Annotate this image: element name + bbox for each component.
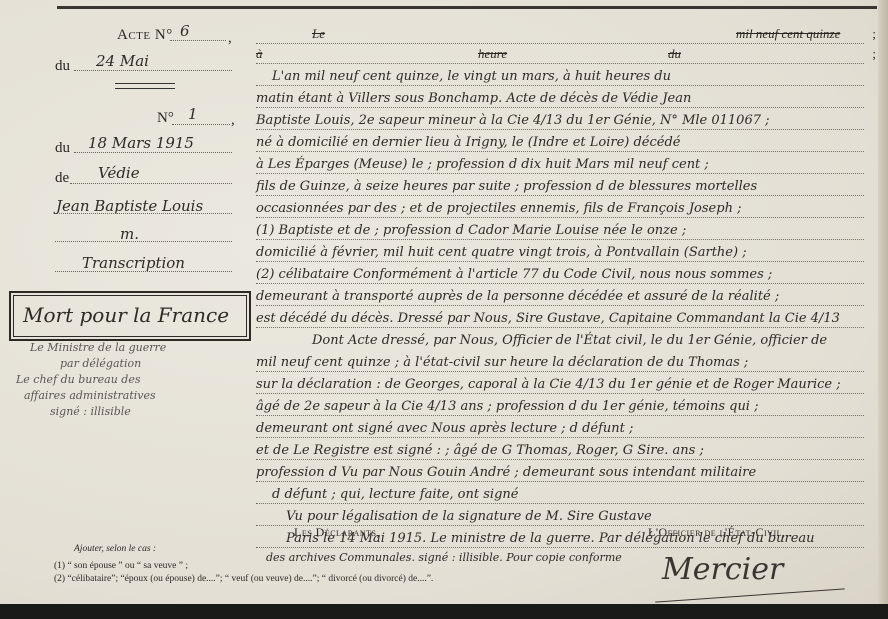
record-line: profession d Vu par Nous Gouin André ; d…	[256, 462, 876, 482]
record-line: mil neuf cent quinze ; à l'état-civil su…	[256, 352, 876, 372]
record-line-text: et de Le Registre est signé : ; âgé de G…	[256, 443, 704, 458]
declarants-label: Les Déclarants,	[294, 525, 380, 540]
struck-year: mil neuf cent quinze	[736, 26, 840, 42]
record-line: occasionnées par des ; et de projectiles…	[256, 198, 876, 218]
de-label: de	[55, 170, 69, 187]
record-line: Dont Acte dressé, par Nous, Officier de …	[256, 330, 876, 350]
record-line: demeurant ont signé avec Nous après lect…	[256, 418, 876, 438]
struck-a: à	[256, 46, 263, 62]
footnote-1: (1) “ son épouse ” ou “ sa veuve ” ;	[54, 560, 254, 573]
record-line-text: âgé de 2e sapeur à la Cie 4/13 ans ; pro…	[256, 399, 758, 414]
struck-le: Le	[312, 26, 325, 42]
record-line-text: profession d Vu par Nous Gouin André ; d…	[256, 465, 756, 480]
margin-note: Le Ministre de la guerre par délégation …	[16, 340, 246, 420]
record-line-text: domicilié à février, mil huit cent quatr…	[256, 245, 747, 260]
record-line-text: (1) Baptiste et de ; profession d Cador …	[256, 223, 686, 238]
top-rule	[57, 6, 877, 9]
transcription-date: 18 Mars 1915	[88, 134, 194, 152]
record-line: Vu pour légalisation de la signature de …	[256, 506, 876, 526]
record-line: (1) Baptiste et de ; profession d Cador …	[256, 220, 876, 240]
record-line: et de Le Registre est signé : ; âgé de G…	[256, 440, 876, 460]
header-line-1: Le mil neuf cent quinze ;	[256, 24, 876, 44]
comma: ,	[228, 30, 232, 47]
margin-note-line: Le chef du bureau des	[16, 372, 246, 388]
mention-box: Mort pour la France	[9, 291, 251, 341]
footnotes-title: Ajouter, selon le cas :	[74, 543, 254, 556]
footnotes: Ajouter, selon le cas : (1) “ son épouse…	[54, 543, 254, 586]
record-line-text: L'an mil neuf cent quinze, le vingt un m…	[272, 69, 671, 84]
record-line: est décédé du décès. Dressé par Nous, Si…	[256, 308, 876, 328]
record-line-text: Vu pour légalisation de la signature de …	[286, 509, 652, 524]
record-line-text: mil neuf cent quinze ; à l'état-civil su…	[256, 355, 748, 370]
record-line-text: fils de Guinze, à seize heures par suite…	[256, 179, 757, 194]
acte-number: 6	[180, 22, 190, 40]
record-line: né à domicilié en dernier lieu à Irigny,…	[256, 132, 876, 152]
margin-note-line: affaires administratives	[24, 388, 246, 404]
record-line: (2) célibataire Conformément à l'article…	[256, 264, 876, 284]
record-line: demeurant à transporté auprès de la pers…	[256, 286, 876, 306]
surname: Védie	[98, 164, 140, 182]
record-line-text: (2) célibataire Conformément à l'article…	[256, 267, 772, 282]
record-line: sur la déclaration : de Georges, caporal…	[256, 374, 876, 394]
officer-label: L'Officier de l'État-Civil,	[648, 525, 786, 540]
record-line: à Les Éparges (Meuse) le ; profession d …	[256, 154, 876, 174]
record-line-text: sur la déclaration : de Georges, caporal…	[256, 377, 841, 392]
transcription-number: 1	[188, 105, 198, 123]
record-type: Transcription	[82, 254, 185, 272]
du-label: du	[55, 58, 70, 75]
double-rule	[115, 83, 175, 89]
record-line-text: Dont Acte dressé, par Nous, Officier de …	[312, 333, 827, 348]
record-line: d défunt ; qui, lecture faite, ont signé	[256, 484, 876, 504]
record-line-text: des archives Communales. signé : illisib…	[266, 551, 622, 564]
footnote-2: (2) “célibataire”; “époux (ou épouse) de…	[54, 573, 254, 586]
record-line-text: occasionnées par des ; et de projectiles…	[256, 201, 741, 216]
page-edge	[878, 0, 888, 604]
comma: ,	[231, 112, 235, 129]
record-line-text: demeurant à transporté auprès de la pers…	[256, 289, 779, 304]
signature-flourish	[655, 588, 845, 602]
struck-du: du	[668, 46, 681, 62]
record-line-text: demeurant ont signé avec Nous après lect…	[256, 421, 633, 436]
struck-heure: heure	[478, 46, 507, 62]
officer-signature: Mercier	[662, 552, 783, 587]
du-label-2: du	[55, 140, 70, 157]
civil-record-page: Acte N° 6 , du 24 Mai N° 1 , du 18 Mars …	[0, 0, 888, 604]
record-line: domicilié à février, mil huit cent quatr…	[256, 242, 876, 262]
margin-note-line: par délégation	[60, 356, 246, 372]
mort-pour-la-france: Mort pour la France	[23, 303, 229, 327]
acte-label: Acte N°	[117, 27, 173, 44]
acte-date: 24 Mai	[96, 52, 149, 70]
record-line-text: d défunt ; qui, lecture faite, ont signé	[272, 487, 518, 502]
record-line-text: né à domicilié en dernier lieu à Irigny,…	[256, 135, 680, 150]
record-line-text: Baptiste Louis, 2e sapeur mineur à la Ci…	[256, 113, 770, 128]
margin-note-line: signé : illisible	[50, 404, 246, 420]
record-line: fils de Guinze, à seize heures par suite…	[256, 176, 876, 196]
record-line: Baptiste Louis, 2e sapeur mineur à la Ci…	[256, 110, 876, 130]
header-line-2: à heure du ;	[256, 44, 876, 64]
margin-note-line: Le Ministre de la guerre	[30, 340, 246, 356]
record-line: matin étant à Villers sous Bonchamp. Act…	[256, 88, 876, 108]
record-line: âgé de 2e sapeur à la Cie 4/13 ans ; pro…	[256, 396, 876, 416]
record-line: L'an mil neuf cent quinze, le vingt un m…	[256, 66, 876, 86]
record-line-text: est décédé du décès. Dressé par Nous, Si…	[256, 311, 840, 326]
record-line-text: à Les Éparges (Meuse) le ; profession d …	[256, 157, 709, 172]
record-line-text: matin étant à Villers sous Bonchamp. Act…	[256, 91, 691, 106]
